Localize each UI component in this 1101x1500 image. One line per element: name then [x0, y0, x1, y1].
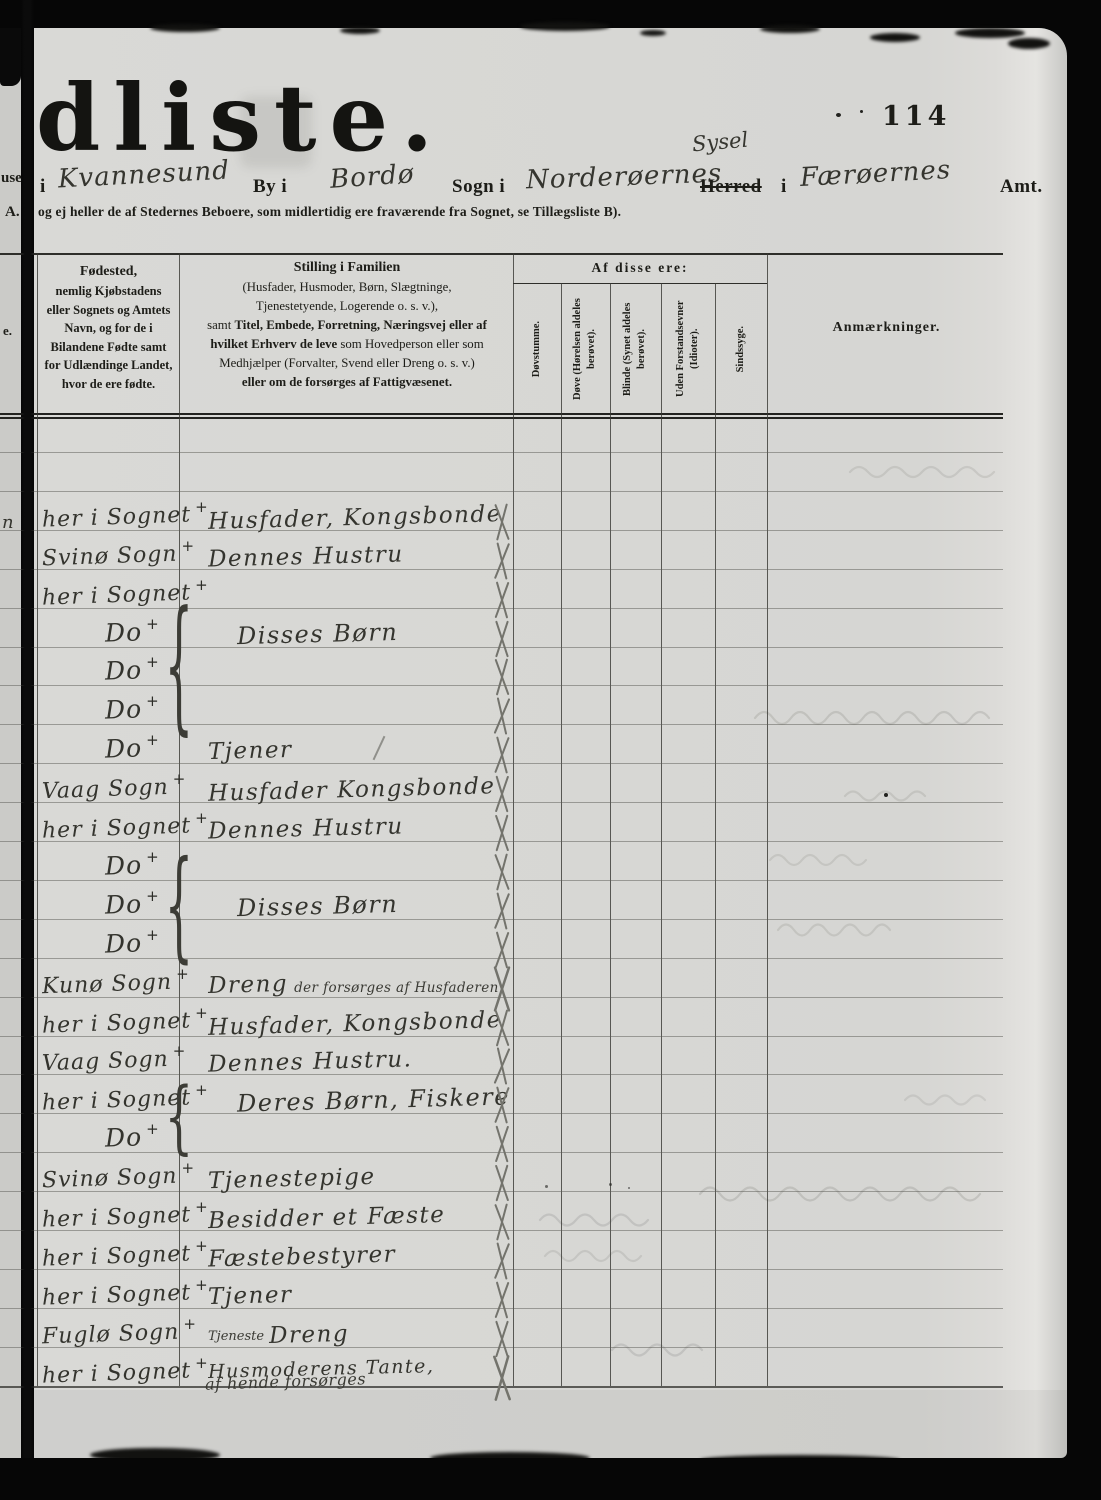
occupation-entry: Husfader Kongsbonde [208, 773, 496, 807]
occupation-cell: Tjener [208, 1283, 293, 1309]
group-brace-3: { [165, 1077, 194, 1157]
table-row: Fuglø Sogn+TjenesteDreng [37, 1311, 1003, 1351]
col1-header-line: Bilandene Fødte samt [39, 338, 178, 357]
col1-header-line: eller Sognets og Amtets [39, 301, 178, 320]
table-row: her i Sognet+Besidder et Fæste [37, 1194, 1003, 1234]
group-brace-2: { [165, 845, 194, 965]
occupation-entry: Disses Børn [237, 617, 399, 649]
col2-header-line: Medhjælper (Forvalter, Svend eller Dreng… [182, 354, 512, 373]
birthplace-entry: Do [105, 1123, 143, 1153]
birthplace-cell: her i Sognet+ [42, 505, 208, 530]
col2-header-segment: Titel, Embede, Forretning, Næringsvej el… [235, 318, 487, 332]
col1-header-birthplace: Fødested, nemlig Kjøbstadens eller Sogne… [39, 262, 178, 393]
plus-mark: + [146, 1120, 159, 1138]
printed-note-line: og ej heller de af Stedernes Beboere, so… [38, 204, 621, 220]
plus-mark: + [146, 926, 159, 944]
birthplace-entry: Do [105, 617, 143, 647]
birthplace-cell: her i Sognet+ [42, 1361, 208, 1386]
plus-mark: + [195, 1354, 208, 1372]
plus-mark: + [195, 1198, 208, 1216]
table-row: Vaag Sogn+Husfader Kongsbonde [37, 766, 1003, 806]
subcol-header-deaf: Døve (Hørelsen aldeles berøvet). [562, 289, 609, 409]
birthplace-entry: her i Sognet [42, 1358, 192, 1388]
birthplace-entry: Vaag Sogn [42, 775, 170, 804]
col2-header-line: hvilket Erhverv de leve som Hovedperson … [182, 335, 512, 354]
subcol-header-blind: Blinde (Synet aldeles berøvet). [611, 289, 660, 409]
occupation-cell: Husfader, Kongsbonde [208, 1011, 502, 1037]
pencil-dot [545, 1185, 548, 1188]
col2-header-line: eller om de forsørges af Fattigvæsenet. [182, 373, 512, 392]
bottom-black-band [0, 1458, 1101, 1500]
birthplace-cell: Do+ [105, 1123, 159, 1152]
occupation-cell: Tjener [208, 738, 293, 764]
subcol-header-idiots: Uden Forstandsevner (Idioter). [662, 289, 714, 409]
occupation-entry: Dennes Hustru. [208, 1047, 413, 1078]
occupation-entry: Dreng [269, 1321, 350, 1349]
col2-header-segment: som Hovedperson eller som [340, 337, 483, 351]
col1-header-line: hvor de ere fødte. [39, 375, 178, 394]
occupation-entry: Tjener [208, 1282, 293, 1310]
corner-shadow [0, 28, 21, 86]
occupation-entry: Husfader, Kongsbonde [208, 501, 502, 535]
ink-dot [884, 793, 888, 797]
birthplace-cell: Do+ [105, 890, 159, 919]
left-edge-fragment-1: e. [3, 323, 12, 339]
left-page-note-fragment: A. [5, 204, 20, 221]
header-bottom-rule-2 [0, 417, 1003, 419]
occupation-cell: Deres Børn, Fiskere [237, 1086, 510, 1114]
occupation-cell: Disses Børn [237, 892, 398, 920]
left-edge-fragment-2: n [2, 512, 14, 533]
occupation-cell: Disses Børn [237, 620, 398, 648]
birthplace-entry: Kunø Sogn [42, 969, 173, 999]
birthplace-entry: her i Sognet [42, 1008, 192, 1038]
birthplace-cell: her i Sognet+ [42, 1205, 208, 1230]
subcol-header-label: Sindssyge. [734, 326, 748, 372]
occupation-cell: Dennes Hustru. [208, 1049, 412, 1075]
book-spine-crease [21, 0, 34, 1500]
col2-header-line: Tjenestetyende, Logerende o. s. v.), [182, 297, 512, 316]
plus-mark: + [195, 809, 208, 827]
plus-mark: + [195, 1081, 208, 1099]
birthplace-cell: Kunø Sogn+ [42, 972, 189, 997]
occupation-cell: Husfader Kongsbonde [208, 777, 496, 803]
plus-mark: + [183, 1315, 196, 1333]
remarks-header: Anmærkninger. [770, 320, 1003, 336]
occupation-entry: Dreng [208, 971, 289, 999]
col2-header-segment: hvilket Erhverv de leve [210, 337, 337, 351]
printed-by-label: By i [253, 176, 287, 198]
subcol-header-label: Uden Forstandsevner (Idioter). [674, 289, 702, 409]
occupation-entry: Fæstebestyrer [208, 1241, 397, 1272]
birthplace-entry: Do [105, 734, 143, 764]
occupation-entry: Tjener [208, 737, 293, 765]
occupation-entry: Tjenestepige [208, 1164, 376, 1194]
plus-mark: + [173, 770, 186, 788]
printed-i-2: i [781, 176, 787, 198]
birthplace-entry: Do [105, 889, 143, 919]
table-row: her i Sognet+Husmoderens Tante, [37, 1350, 1003, 1390]
group-header-rule [513, 283, 767, 284]
birthplace-entry: her i Sognet [42, 1202, 192, 1232]
page-number: 114 [882, 101, 950, 132]
plus-mark: + [146, 692, 159, 710]
plus-mark: + [195, 1004, 208, 1022]
header-bottom-rule-1 [0, 413, 1003, 415]
birthplace-entry: her i Sognet [42, 502, 192, 532]
occupation-cell: Drengder forsørges af Husfaderen [208, 972, 499, 998]
table-row: Svinø Sogn+Dennes Hustru [37, 533, 1003, 573]
col2-header-line: samt Titel, Embede, Forretning, Næringsv… [182, 316, 512, 335]
birthplace-cell: Vaag Sogn+ [42, 777, 185, 802]
birthplace-entry: Do [105, 695, 143, 725]
birthplace-cell: Fuglø Sogn+ [42, 1322, 196, 1347]
birthplace-cell: her i Sognet+ [42, 1283, 208, 1308]
handwritten-sogn-name: Bordø [329, 159, 415, 195]
birthplace-entry: Fuglø Sogn [42, 1319, 180, 1349]
subcol-header-insane: Sindssyge. [716, 289, 766, 409]
birthplace-entry: her i Sognet [42, 1280, 192, 1310]
group-header-af-disse-ere: Af disse ere: [513, 260, 767, 276]
occupation-entry: Husmoderens Tante, [208, 1355, 435, 1383]
ruled-line [0, 452, 1003, 453]
bottom-page-shading [34, 1390, 1067, 1458]
col1-header-line: Navn, og for de i [39, 319, 178, 338]
col1-header-line: for Udlændinge Landet, [39, 356, 178, 375]
birthplace-cell: Svinø Sogn+ [42, 544, 194, 569]
printed-amt-label: Amt. [1000, 176, 1043, 198]
birthplace-entry: Svinø Sogn [42, 1164, 178, 1194]
plus-mark: + [146, 653, 159, 671]
tally-x-mark [485, 1353, 520, 1402]
printed-i-1: i [40, 176, 46, 198]
birthplace-cell: Do+ [105, 929, 159, 958]
subcol-header-label: Blinde (Synet aldeles berøvet). [621, 289, 649, 409]
occupation-entry: Deres Børn, Fiskere [237, 1083, 511, 1118]
plus-mark: + [195, 1237, 208, 1255]
occupation-entry: Disses Børn [237, 890, 399, 922]
table-row: her i Sognet+Husfader, Kongsbonde [37, 494, 1003, 534]
left-page-text-fragment: use [1, 170, 22, 187]
table-row: her i Sognet+Husfader, Kongsbonde [37, 1000, 1003, 1040]
col2-header-line: Stilling i Familien [182, 258, 512, 278]
scanned-census-page: dliste. 114 use i Kvannesund By i Bordø … [0, 0, 1101, 1500]
birthplace-entry: her i Sognet [42, 1241, 192, 1271]
handwritten-sysel-correction: Sysel [691, 128, 749, 157]
subcol-header-deaf-mute: Døvstumme. [514, 289, 560, 409]
birthplace-entry: Do [105, 850, 143, 880]
col1-header-line: Fødested, [39, 262, 178, 282]
occupation-entry: Dennes Hustru [208, 541, 404, 572]
plus-mark: + [195, 498, 208, 516]
plus-mark: + [195, 1276, 208, 1294]
occupation-cell: Besidder et Fæste [208, 1205, 445, 1231]
occupation-cell: Tjenestepige [208, 1166, 376, 1192]
birthplace-cell: Do+ [105, 851, 159, 880]
occupation-note: der forsørges af Husfaderen [294, 980, 499, 996]
occupation-cell: Husmoderens Tante, [208, 1358, 434, 1380]
subcol-header-label: Døve (Hørelsen aldeles berøvet). [571, 289, 599, 409]
occupation-entry: Husfader, Kongsbonde [208, 1007, 502, 1041]
birthplace-entry: Do [105, 928, 143, 958]
plus-mark: + [182, 537, 195, 555]
occupation-cell: Husfader, Kongsbonde [208, 505, 502, 531]
ruled-line [0, 491, 1003, 492]
plus-mark: + [146, 731, 159, 749]
birthplace-entry: Do [105, 656, 143, 686]
occupation-cell: Dennes Hustru [208, 816, 404, 842]
plus-mark: + [146, 848, 159, 866]
occupation-cell: Dennes Hustru [208, 544, 404, 570]
occupation-cell: Fæstebestyrer [208, 1244, 396, 1270]
birthplace-cell: Do+ [105, 695, 159, 724]
adjacent-page-edge [0, 28, 21, 1458]
occupation-cell: TjenesteDreng [208, 1322, 349, 1348]
table-row: her i Sognet+Tjener [37, 1272, 1003, 1312]
col2-header-position: Stilling i Familien (Husfader, Husmoder,… [182, 258, 512, 392]
birthplace-cell: her i Sognet+ [42, 1244, 208, 1269]
birthplace-cell: Do+ [105, 618, 159, 647]
birthplace-cell: Do+ [105, 734, 159, 763]
plus-mark: + [146, 615, 159, 633]
plus-mark: + [173, 1042, 186, 1060]
birthplace-entry: Svinø Sogn [42, 541, 178, 571]
page-title-fragment: dliste. [36, 72, 446, 164]
occupation-entry: Dennes Hustru [208, 813, 404, 844]
birthplace-entry: Vaag Sogn [42, 1047, 170, 1076]
col2-header-segment: samt [207, 318, 231, 332]
birthplace-cell: her i Sognet+ [42, 1011, 208, 1036]
table-row: her i Sognet+Fæstebestyrer [37, 1233, 1003, 1273]
occupation-entry: Besidder et Fæste [208, 1202, 446, 1234]
col2-header-line: (Husfader, Husmoder, Børn, Slægtninge, [182, 278, 512, 297]
birthplace-cell: Do+ [105, 656, 159, 685]
table-top-rule [0, 253, 1003, 255]
pencil-dot [628, 1187, 630, 1189]
plus-mark: + [195, 576, 208, 594]
group-brace-1: { [165, 593, 194, 738]
printed-herred-label-struck: Herred [700, 176, 762, 198]
printed-sogn-label: Sogn i [452, 176, 505, 198]
col1-header-line: nemlig Kjøbstadens [39, 282, 178, 301]
birthplace-cell: Svinø Sogn+ [42, 1166, 194, 1191]
subcol-header-label: Døvstumme. [530, 321, 544, 377]
plus-mark: + [146, 887, 159, 905]
occupation-prefix: Tjeneste [208, 1329, 264, 1344]
pencil-dot [609, 1183, 612, 1186]
